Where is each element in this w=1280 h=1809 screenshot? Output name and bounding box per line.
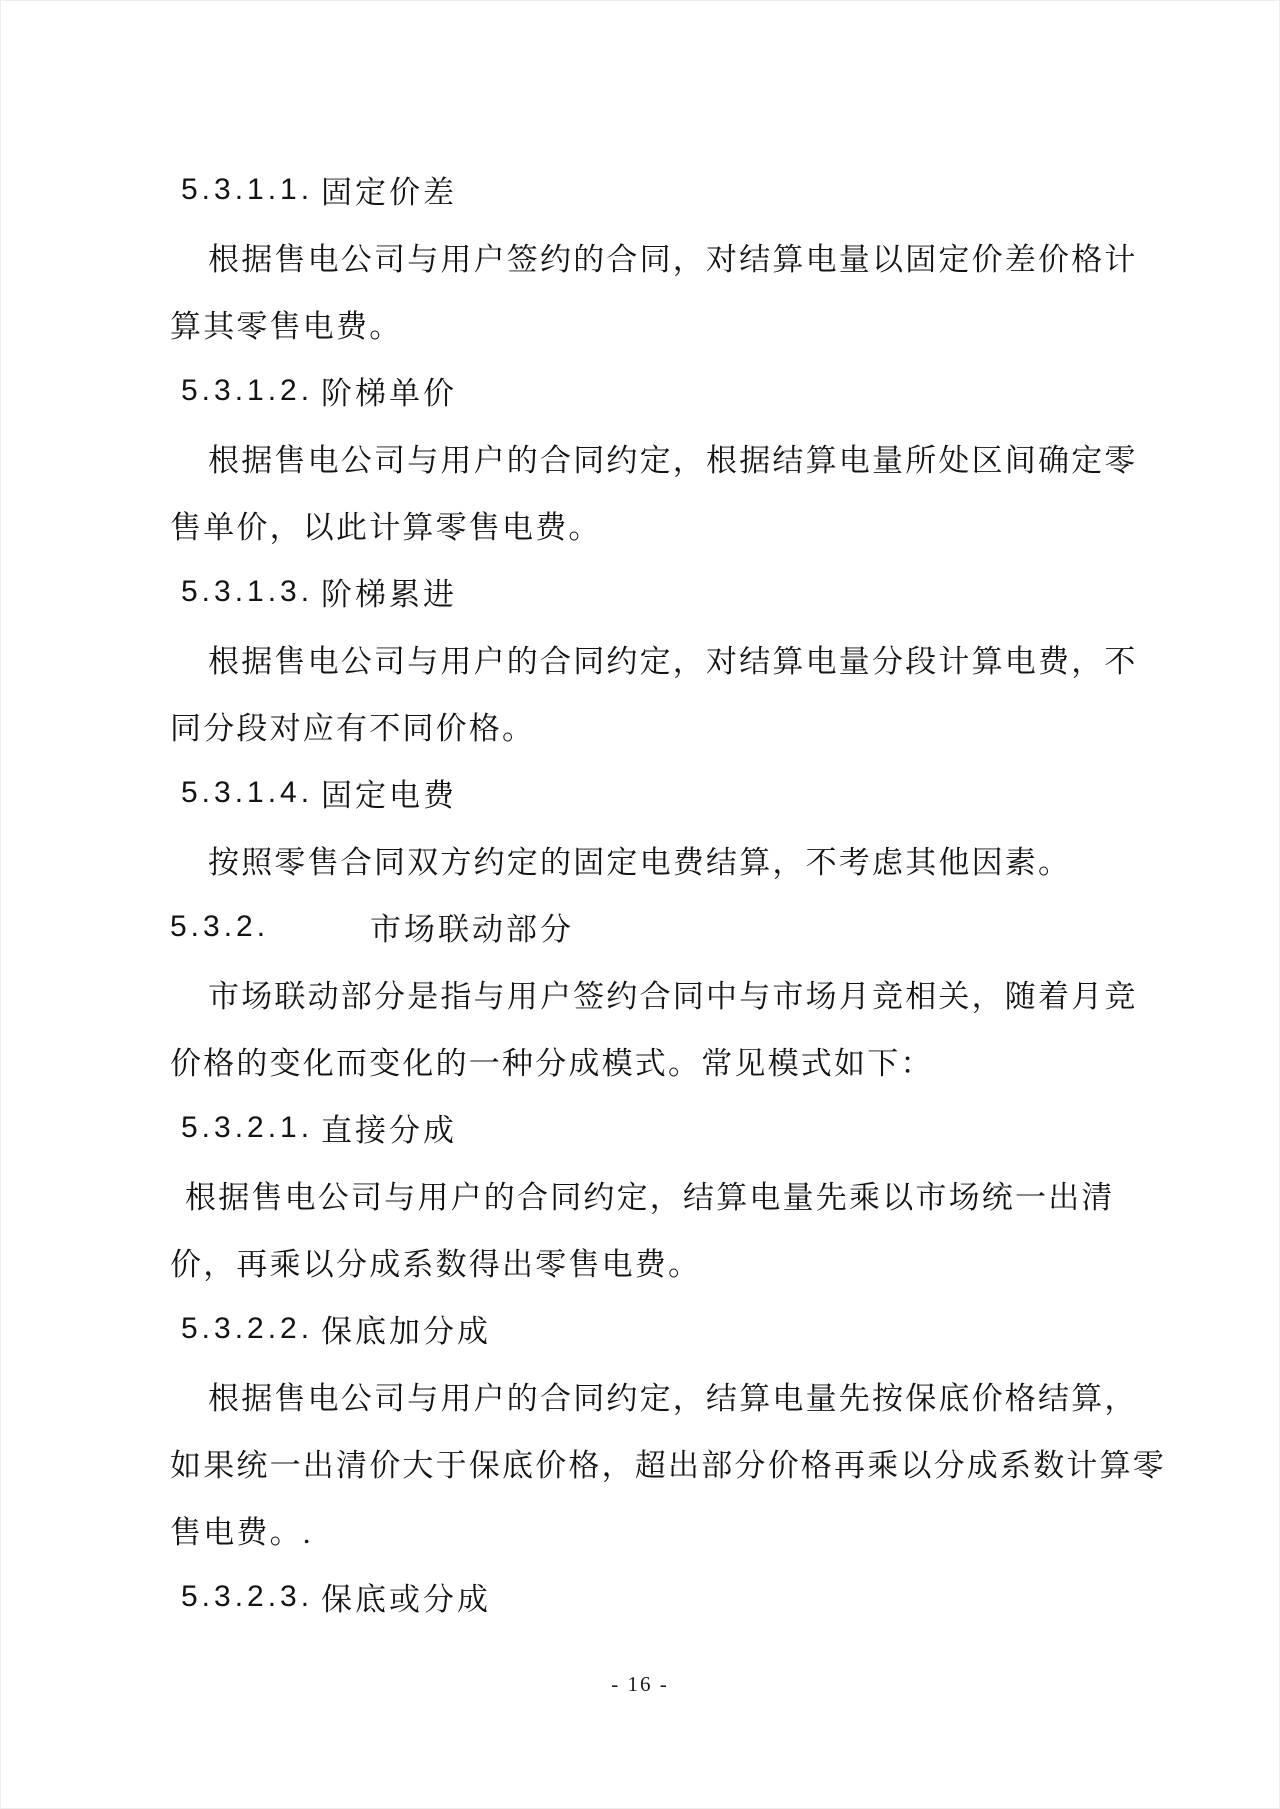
section-heading: 5.3.2.1.直接分成 (170, 1094, 1180, 1161)
heading-number: 5.3.1.1. (181, 173, 321, 207)
document-body: 5.3.1.1.固定价差根据售电公司与用户签约的合同，对结算电量以固定价差价格计… (170, 156, 1180, 1630)
heading-title: 固定电费 (321, 770, 457, 815)
heading-number: 5.3.2. (170, 910, 370, 944)
heading-number: 5.3.2.2. (181, 1312, 321, 1346)
heading-title: 直接分成 (321, 1105, 457, 1150)
paragraph-line: 售电费。. (170, 1496, 1180, 1563)
paragraph-line: 同分段对应有不同价格。 (170, 692, 1180, 759)
section-heading: 5.3.2.2.保底加分成 (170, 1295, 1180, 1362)
paragraph-line: 市场联动部分是指与用户签约合同中与市场月竞相关，随着月竞 (170, 960, 1180, 1027)
heading-title: 保底加分成 (321, 1306, 491, 1351)
paragraph-line: 算其零售电费。 (170, 290, 1180, 357)
heading-title: 阶梯累进 (321, 569, 457, 614)
paragraph-line: 根据售电公司与用户的合同约定，根据结算电量所处区间确定零 (170, 424, 1180, 491)
section-heading: 5.3.2.3.保底或分成 (170, 1563, 1180, 1630)
paragraph-line: 如果统一出清价大于保底价格，超出部分价格再乘以分成系数计算零 (170, 1429, 1180, 1496)
heading-number: 5.3.1.2. (181, 374, 321, 408)
paragraph-line: 根据售电公司与用户签约的合同，对结算电量以固定价差价格计 (170, 223, 1180, 290)
section-heading: 5.3.2.市场联动部分 (170, 893, 1180, 960)
document-page: { "document": { "blocks": [ { "kind": "h… (0, 0, 1280, 1809)
heading-title: 阶梯单价 (321, 368, 457, 413)
page-number: - 16 - (0, 1672, 1280, 1706)
section-heading: 5.3.1.3.阶梯累进 (170, 558, 1180, 625)
heading-title: 固定价差 (321, 167, 457, 212)
paragraph-line: 价格的变化而变化的一种分成模式。常见模式如下： (170, 1027, 1180, 1094)
paragraph-line: 根据售电公司与用户的合同约定，结算电量先乘以市场统一出清 (170, 1161, 1180, 1228)
heading-number: 5.3.1.3. (181, 575, 321, 609)
paragraph-line: 价，再乘以分成系数得出零售电费。 (170, 1228, 1180, 1295)
section-heading: 5.3.1.4.固定电费 (170, 759, 1180, 826)
section-heading: 5.3.1.2.阶梯单价 (170, 357, 1180, 424)
heading-number: 5.3.1.4. (181, 776, 321, 810)
heading-title: 保底或分成 (321, 1574, 491, 1619)
heading-number: 5.3.2.3. (181, 1580, 321, 1614)
paragraph-line: 根据售电公司与用户的合同约定，结算电量先按保底价格结算， (170, 1362, 1180, 1429)
paragraph-line: 售单价，以此计算零售电费。 (170, 491, 1180, 558)
paragraph-line: 根据售电公司与用户的合同约定，对结算电量分段计算电费，不 (170, 625, 1180, 692)
paragraph-line: 按照零售合同双方约定的固定电费结算，不考虑其他因素。 (170, 826, 1180, 893)
heading-title: 市场联动部分 (370, 904, 574, 949)
section-heading: 5.3.1.1.固定价差 (170, 156, 1180, 223)
heading-number: 5.3.2.1. (181, 1111, 321, 1145)
